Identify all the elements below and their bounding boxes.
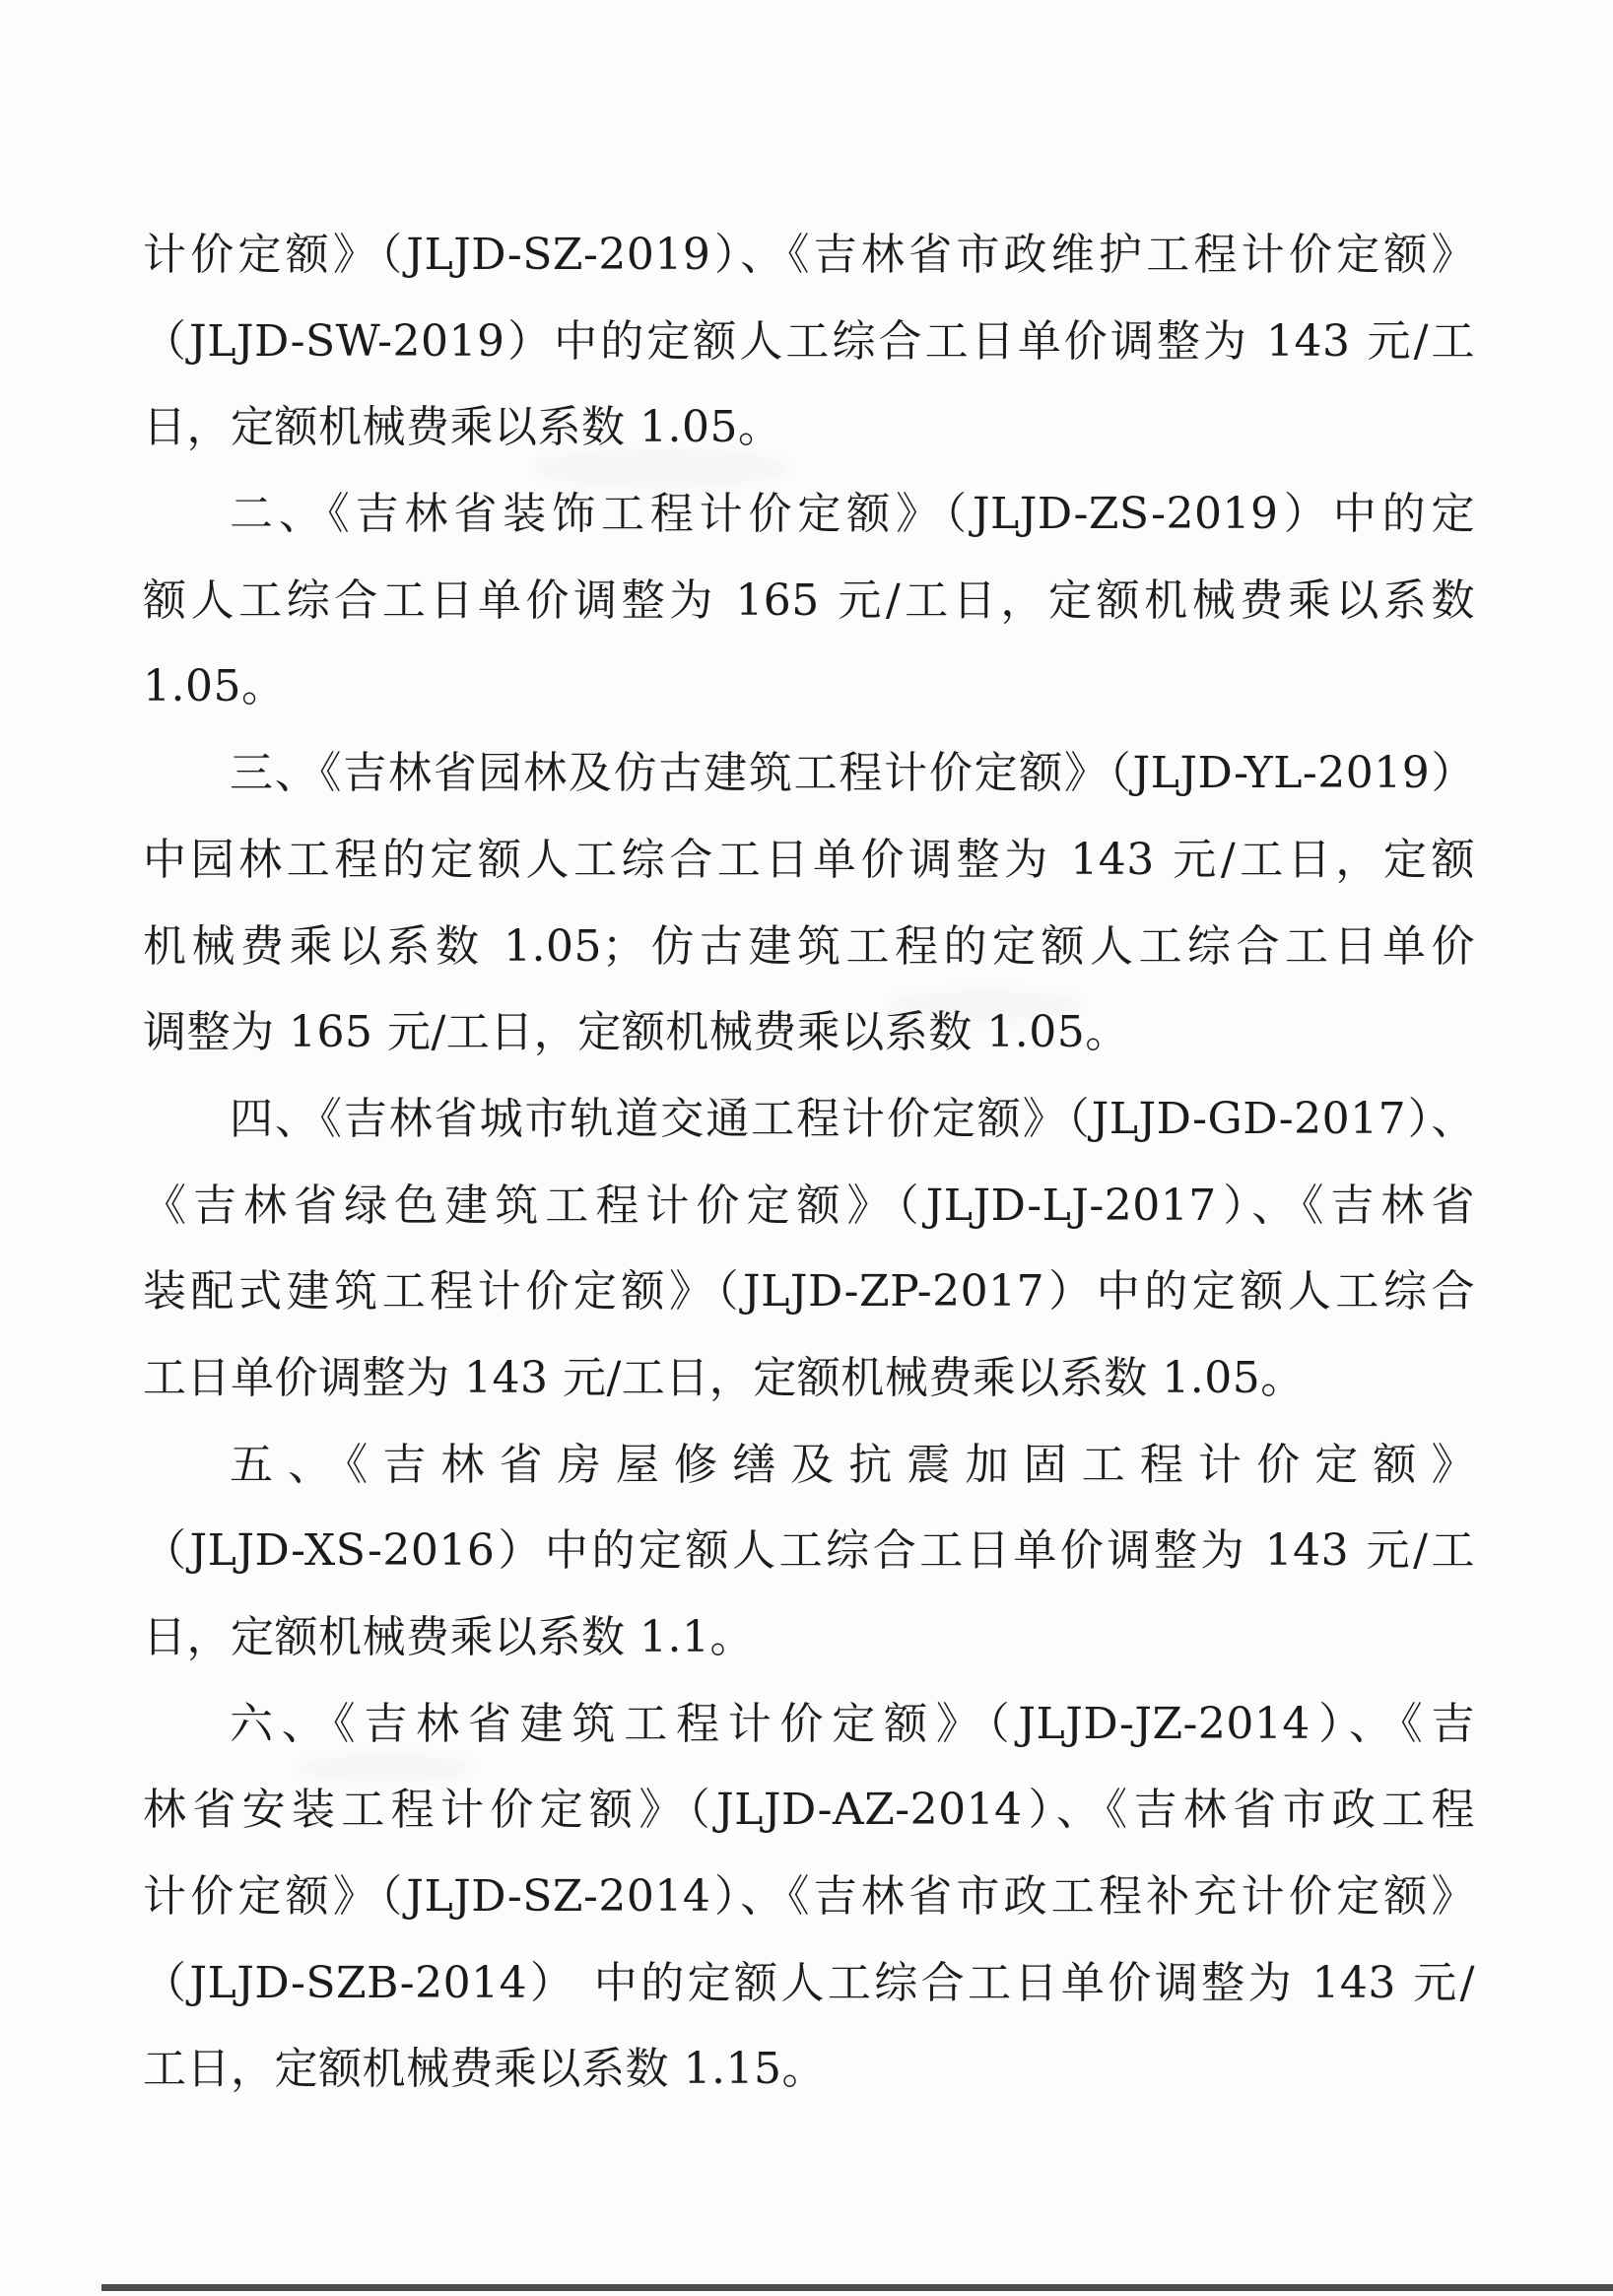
text-line: 四、《吉林省城市轨道交通工程计价定额》（JLJD-GD-2017）、 <box>143 1076 1475 1163</box>
text-line: 三、《吉林省园林及仿古建筑工程计价定额》（JLJD-YL-2019） <box>143 730 1475 817</box>
text-line: 五、《吉林省房屋修缮及抗震加固工程计价定额》 <box>143 1422 1475 1509</box>
text-line: 日，定额机械费乘以系数 1.05。 <box>143 384 1475 471</box>
document-page: 计价定额》（JLJD-SZ-2019）、《吉林省市政维护工程计价定额》（JLJD… <box>0 0 1613 2296</box>
text-line: 装配式建筑工程计价定额》（JLJD-ZP-2017）中的定额人工综合 <box>143 1249 1475 1335</box>
text-line: 工日，定额机械费乘以系数 1.15。 <box>143 2026 1475 2113</box>
text-line: 工日单价调整为 143 元/工日，定额机械费乘以系数 1.05。 <box>143 1335 1475 1422</box>
text-line: 额人工综合工日单价调整为 165 元/工日，定额机械费乘以系数 <box>143 558 1475 644</box>
text-line: 二、《吉林省装饰工程计价定额》（JLJD-ZS-2019）中的定 <box>143 471 1475 558</box>
text-line: 中园林工程的定额人工综合工日单价调整为 143 元/工日，定额 <box>143 817 1475 904</box>
text-line: 六、《吉林省建筑工程计价定额》（JLJD-JZ-2014）、《吉 <box>143 1681 1475 1768</box>
scan-edge-artifact <box>101 2284 1613 2291</box>
text-line: 林省安装工程计价定额》（JLJD-AZ-2014）、《吉林省市政工程 <box>143 1767 1475 1854</box>
text-line: 机械费乘以系数 1.05；仿古建筑工程的定额人工综合工日单价 <box>143 904 1475 990</box>
text-line: （JLJD-XS-2016）中的定额人工综合工日单价调整为 143 元/工 <box>143 1508 1475 1594</box>
document-body: 计价定额》（JLJD-SZ-2019）、《吉林省市政维护工程计价定额》（JLJD… <box>143 212 1475 2113</box>
text-line: （JLJD-SZB-2014） 中的定额人工综合工日单价调整为 143 元/ <box>143 1940 1475 2027</box>
text-line: 计价定额》（JLJD-SZ-2019）、《吉林省市政维护工程计价定额》 <box>143 212 1475 299</box>
text-line: 《吉林省绿色建筑工程计价定额》（JLJD-LJ-2017）、《吉林省 <box>143 1163 1475 1249</box>
text-line: 日，定额机械费乘以系数 1.1。 <box>143 1594 1475 1681</box>
text-line: 1.05。 <box>143 643 1475 730</box>
text-line: 计价定额》（JLJD-SZ-2014）、《吉林省市政工程补充计价定额》 <box>143 1854 1475 1940</box>
text-line: 调整为 165 元/工日，定额机械费乘以系数 1.05。 <box>143 989 1475 1076</box>
text-line: （JLJD-SW-2019）中的定额人工综合工日单价调整为 143 元/工 <box>143 299 1475 385</box>
